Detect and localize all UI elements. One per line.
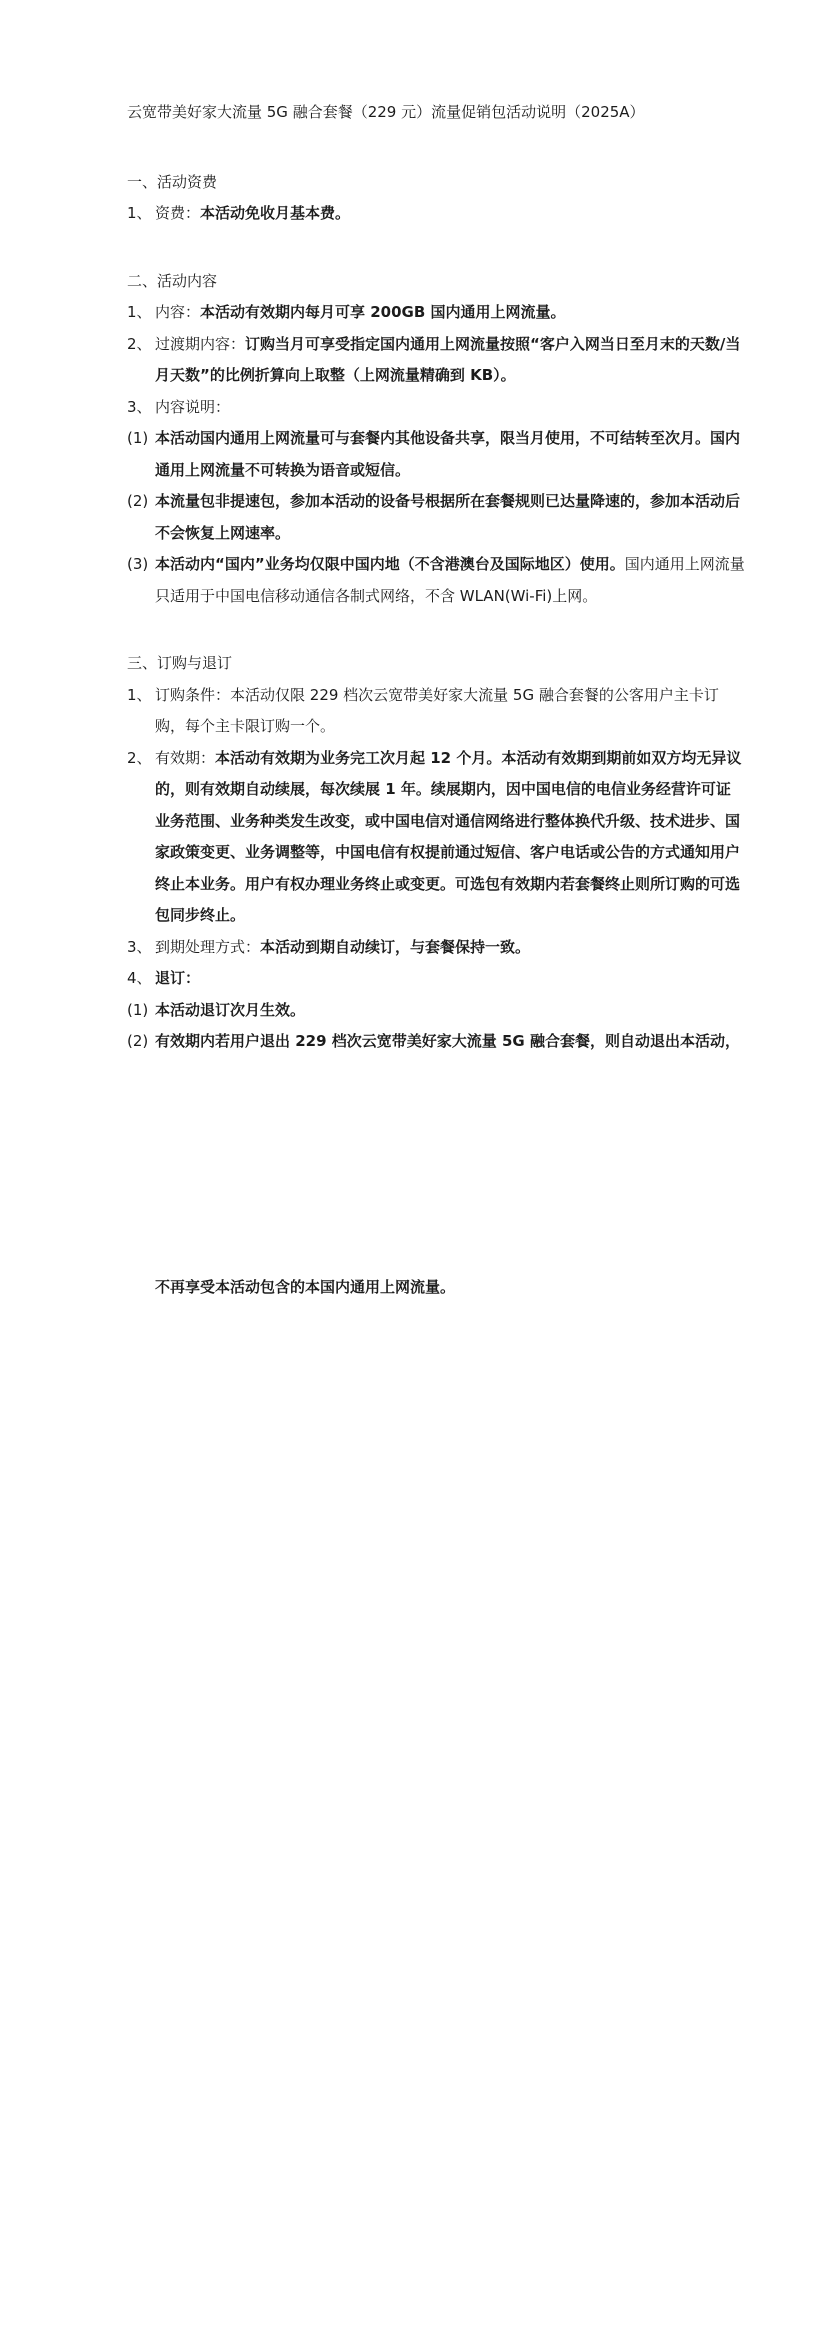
item-text: 有效期： xyxy=(155,749,215,767)
item-text: 订购条件：本活动仅限 229 档次云宽带美好家大流量 5G 融合套餐的公客用户主… xyxy=(155,686,719,736)
item-text-bold: 本活动免收月基本费。 xyxy=(200,204,350,222)
list-item: 3、内容说明： xyxy=(127,392,745,424)
item-text-bold: 退订： xyxy=(155,969,200,987)
document-body: 云宽带美好家大流量 5G 融合套餐（229 元）流量促销包活动说明（2025A）… xyxy=(127,97,745,1303)
item-text-bold: 本流量包非提速包，参加本活动的设备号根据所在套餐规则已达量降速的，参加本活动后不… xyxy=(155,492,740,542)
item-text-bold: 本活动有效期为业务完工次月起 12 个月。本活动有效期到期前如双方均无异议的，则… xyxy=(155,749,741,925)
list-item: 1、资费：本活动免收月基本费。 xyxy=(127,198,745,230)
list-marker: 2、 xyxy=(127,329,155,361)
item-text-bold: 本活动到期自动续订，与套餐保持一致。 xyxy=(260,938,530,956)
list-marker: (1) xyxy=(127,995,155,1027)
list-item: (3)本活动内“国内”业务均仅限中国内地（不含港澳台及国际地区）使用。国内通用上… xyxy=(127,549,745,612)
list-item: 4、退订： xyxy=(127,963,745,995)
document-page: { "document": { "title": "云宽带美好家大流量 5G 融… xyxy=(0,0,827,2338)
list-item: (1)本活动退订次月生效。 xyxy=(127,995,745,1027)
list-marker: (2) xyxy=(127,1026,155,1058)
list-item: 3、到期处理方式：本活动到期自动续订，与套餐保持一致。 xyxy=(127,932,745,964)
section-heading-3: 三、订购与退订 xyxy=(127,648,745,680)
list-marker: 3、 xyxy=(127,932,155,964)
item-text-bold: 本活动有效期内每月可享 200GB 国内通用上网流量。 xyxy=(200,303,566,321)
section-heading-2: 二、活动内容 xyxy=(127,266,745,298)
item-text-bold: 本活动国内通用上网流量可与套餐内其他设备共享，限当月使用，不可结转至次月。国内通… xyxy=(155,429,740,479)
document-title: 云宽带美好家大流量 5G 融合套餐（229 元）流量促销包活动说明（2025A） xyxy=(127,97,745,129)
list-marker: 1、 xyxy=(127,680,155,712)
list-marker: (3) xyxy=(127,549,155,581)
item-text: 资费： xyxy=(155,204,200,222)
list-marker: 3、 xyxy=(127,392,155,424)
list-marker: (1) xyxy=(127,423,155,455)
list-item: 2、过渡期内容：订购当月可享受指定国内通用上网流量按照“客户入网当日至月末的天数… xyxy=(127,329,745,392)
list-marker: 1、 xyxy=(127,198,155,230)
item-text-bold: 本活动退订次月生效。 xyxy=(155,1001,305,1019)
list-item: (2)本流量包非提速包，参加本活动的设备号根据所在套餐规则已达量降速的，参加本活… xyxy=(127,486,745,549)
item-text: 内容说明： xyxy=(155,398,230,416)
list-item: (1)本活动国内通用上网流量可与套餐内其他设备共享，限当月使用，不可结转至次月。… xyxy=(127,423,745,486)
item-text: 内容： xyxy=(155,303,200,321)
item-text-bold: 有效期内若用户退出 229 档次云宽带美好家大流量 5G 融合套餐，则自动退出本… xyxy=(155,1032,740,1050)
section-heading-1: 一、活动资费 xyxy=(127,167,745,199)
list-marker: (2) xyxy=(127,486,155,518)
list-marker: 4、 xyxy=(127,963,155,995)
list-item: (2)有效期内若用户退出 229 档次云宽带美好家大流量 5G 融合套餐，则自动… xyxy=(127,1026,745,1058)
item-text-bold: 本活动内“国内”业务均仅限中国内地（不含港澳台及国际地区）使用。 xyxy=(155,555,625,573)
list-marker: 1、 xyxy=(127,297,155,329)
list-item: 2、有效期：本活动有效期为业务完工次月起 12 个月。本活动有效期到期前如双方均… xyxy=(127,743,745,932)
list-item: 1、订购条件：本活动仅限 229 档次云宽带美好家大流量 5G 融合套餐的公客用… xyxy=(127,680,745,743)
item-text: 过渡期内容： xyxy=(155,335,245,353)
paragraph-continuation: 不再享受本活动包含的本国内通用上网流量。 xyxy=(127,1272,745,1304)
list-item: 1、内容：本活动有效期内每月可享 200GB 国内通用上网流量。 xyxy=(127,297,745,329)
item-text: 到期处理方式： xyxy=(155,938,260,956)
list-marker: 2、 xyxy=(127,743,155,775)
